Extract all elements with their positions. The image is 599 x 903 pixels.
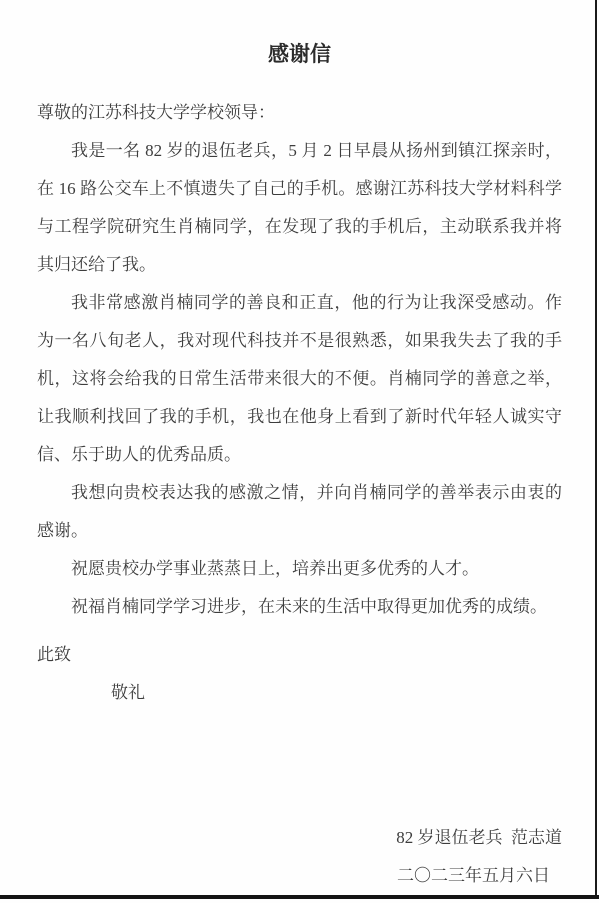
letter-page: 感谢信 尊敬的江苏科技大学学校领导： 我是一名 82 岁的退伍老兵，5 月 2 … [0, 0, 599, 903]
closing-jingli: 敬礼 [111, 674, 562, 712]
letter-paragraph-1: 我是一名 82 岁的退伍老兵，5 月 2 日早晨从扬州到镇江探亲时，在 16 路… [37, 132, 562, 284]
signature-name: 82 岁退伍老兵 范志道 [37, 819, 562, 857]
letter-title: 感谢信 [37, 40, 562, 68]
signature-date: 二〇二三年五月六日 [37, 857, 550, 895]
letter-paragraph-5: 祝福肖楠同学学习进步，在未来的生活中取得更加优秀的成绩。 [37, 588, 562, 626]
closing-cizhi: 此致 [37, 636, 562, 674]
letter-paragraph-4: 祝愿贵校办学事业蒸蒸日上，培养出更多优秀的人才。 [37, 550, 562, 588]
letter-paragraph-3: 我想向贵校表达我的感激之情，并向肖楠同学的善举表示由衷的感谢。 [37, 474, 562, 550]
letter-salutation: 尊敬的江苏科技大学学校领导： [37, 94, 562, 132]
signature-block: 82 岁退伍老兵 范志道 二〇二三年五月六日 [37, 819, 562, 895]
letter-paragraph-2: 我非常感激肖楠同学的善良和正直，他的行为让我深受感动。作为一名八旬老人，我对现代… [37, 284, 562, 474]
scan-edge-bottom [0, 895, 599, 899]
scan-edge-right [595, 0, 597, 899]
letter-content: 感谢信 尊敬的江苏科技大学学校领导： 我是一名 82 岁的退伍老兵，5 月 2 … [37, 0, 562, 895]
